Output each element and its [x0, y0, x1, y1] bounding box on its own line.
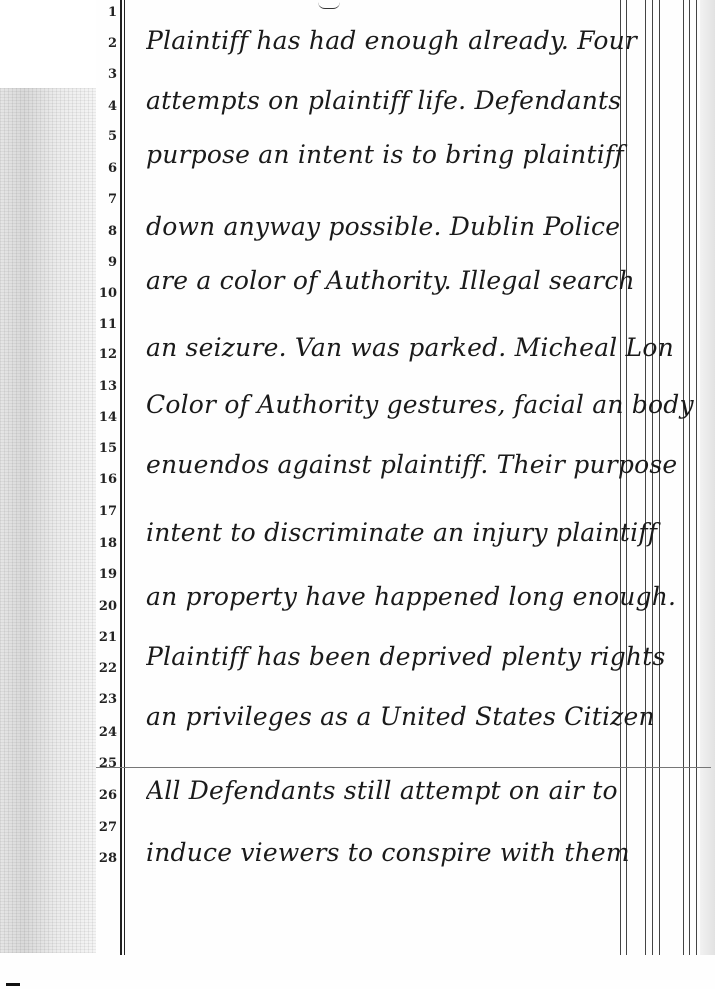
line-number: 26: [95, 789, 117, 803]
line-number: 3: [95, 68, 117, 82]
line-number: 27: [95, 821, 117, 835]
handwritten-line: induce viewers to conspire with them: [146, 838, 715, 868]
line-number: 25: [95, 757, 117, 771]
scan-margin-shading: [0, 88, 96, 953]
handwritten-line: All Defendants still attempt on air to: [146, 776, 715, 806]
line-number: 15: [95, 442, 117, 456]
handwritten-line: down anyway possible. Dublin Police: [146, 212, 715, 242]
line-number: 18: [95, 537, 117, 551]
line-number: 21: [95, 631, 117, 645]
handwritten-line: attempts on plaintiff life. Defendants: [146, 86, 715, 116]
handwritten-line: Plaintiff has been deprived plenty right…: [146, 642, 715, 672]
line-number: 14: [95, 411, 117, 425]
handwritten-line: are a color of Authority. Illegal search: [146, 266, 715, 296]
line-number: 20: [95, 600, 117, 614]
left-margin-rule-inner: [124, 0, 125, 955]
line-number: 5: [95, 130, 117, 144]
line-number: 24: [95, 726, 117, 740]
line-number: 23: [95, 693, 117, 707]
line-number: 7: [95, 193, 117, 207]
line-number: 2: [95, 37, 117, 51]
handwritten-line: enuendos against plaintiff. Their purpos…: [146, 450, 715, 480]
line-number: 13: [95, 380, 117, 394]
line-number: 19: [95, 568, 117, 582]
line-25-rule: [96, 767, 711, 768]
line-number: 4: [95, 100, 117, 114]
line-number: 22: [95, 662, 117, 676]
scan-artifact-mark: [6, 983, 20, 986]
pleading-page: 1 2 3 4 5 6 7 8 9 10 11 12 13 14 15 16 1…: [0, 0, 715, 989]
left-margin-rule-outer: [120, 0, 122, 955]
handwritten-line: Plaintiff has had enough already. Four: [146, 26, 715, 56]
handwritten-line: Color of Authority gestures, facial an b…: [146, 390, 715, 420]
line-number: 11: [95, 318, 117, 332]
line-number: 1: [95, 6, 117, 20]
handwritten-line: an privileges as a United States Citizen: [146, 702, 715, 732]
line-number: 8: [95, 225, 117, 239]
line-number: 17: [95, 505, 117, 519]
handwritten-line: an seizure. Van was parked. Micheal Lon: [146, 333, 715, 363]
line-number: 28: [95, 852, 117, 866]
handwritten-line: an property have happened long enough.: [146, 582, 715, 612]
handwritten-line: intent to discriminate an injury plainti…: [146, 518, 715, 548]
line-number: 9: [95, 256, 117, 270]
line-number: 6: [95, 162, 117, 176]
margin-blank: [0, 0, 96, 88]
line-number: 16: [95, 473, 117, 487]
line-number: 10: [95, 287, 117, 301]
stray-pen-mark: [318, 2, 340, 9]
line-number: 12: [95, 348, 117, 362]
handwritten-line: purpose an intent is to bring plaintiff: [146, 140, 715, 170]
